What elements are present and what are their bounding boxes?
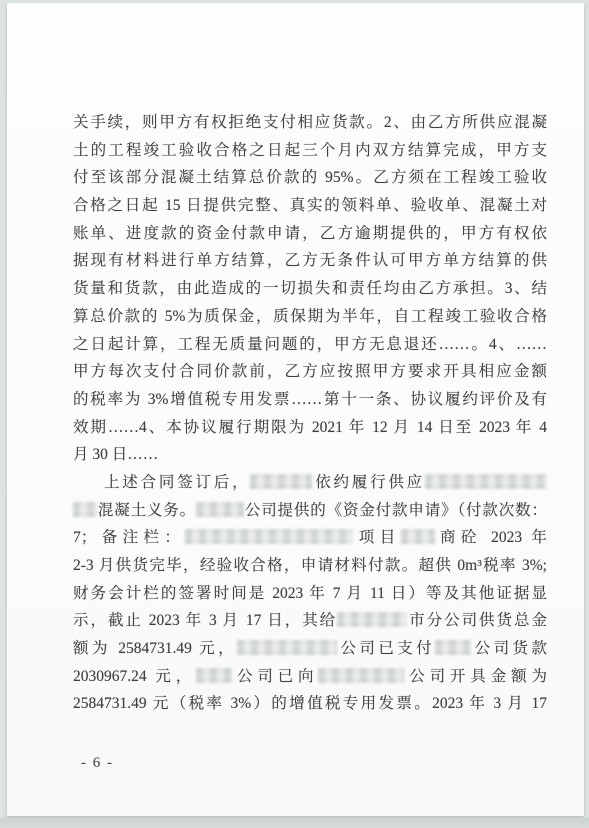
text-segment: 算总价款的 5%为质保金，质保期为半年，自工程竣工验收合格 bbox=[73, 308, 547, 325]
page-number: - 6 - bbox=[81, 755, 114, 772]
text-line: 关手续，则甲方有权拒绝支付相应货款。2、由乙方所供应混凝 bbox=[73, 109, 547, 137]
text-line: 付至该部分混凝土结算总价款的 95%。乙方须在工程竣工验收 bbox=[73, 164, 547, 192]
text-segment: 公司货款 bbox=[471, 640, 547, 657]
text-line: 7；备注栏：项目商砼 2023 年 bbox=[73, 524, 547, 552]
redacted-text bbox=[318, 668, 404, 683]
redacted-text bbox=[185, 529, 353, 544]
text-segment: 2584731.49 元（税率 3%）的增值税专用发票。2023 年 3 月 1… bbox=[73, 695, 547, 712]
text-segment: 市分公司供货总金 bbox=[407, 612, 547, 629]
text-line: 效期……4、本协议履行期限为 2021 年 12 月 14 日至 2023 年 … bbox=[73, 414, 547, 442]
text-segment: 额为 2584731.49 元， bbox=[73, 640, 237, 657]
text-segment: 付至该部分混凝土结算总价款的 95%。乙方须在工程竣工验收 bbox=[73, 169, 547, 186]
text-segment: 公司已向 bbox=[232, 668, 318, 685]
text-line: 算总价款的 5%为质保金，质保期为半年，自工程竣工验收合格 bbox=[73, 303, 547, 331]
text-line: 上述合同签订后，依约履行供应 bbox=[73, 469, 547, 497]
text-segment: 甲方每次支付合同价款前，乙方应按照甲方要求开具相应金额 bbox=[73, 363, 547, 380]
text-line: 2584731.49 元（税率 3%）的增值税专用发票。2023 年 3 月 1… bbox=[73, 690, 547, 718]
text-line: 财务会计栏的签署时间是 2023 年 7 月 11 日）等及其他证据显 bbox=[73, 580, 547, 608]
text-segment: 合格之日起 15 日提供完整、真实的领料单、验收单、混凝土对 bbox=[73, 197, 547, 214]
text-segment: 据现有材料进行单方结算，乙方无条件认可甲方单方结算的供 bbox=[73, 252, 547, 269]
text-line: 的税率为 3%增值税专用发票……第十一条、协议履约评价及有 bbox=[73, 386, 547, 414]
text-line: 合格之日起 15 日提供完整、真实的领料单、验收单、混凝土对 bbox=[73, 192, 547, 220]
text-segment: 公司已支付 bbox=[337, 640, 435, 657]
text-line: 混凝土义务。公司提供的《资金付款申请》（付款次数： bbox=[73, 497, 547, 525]
text-segment: 月 30 日…… bbox=[73, 446, 158, 463]
redacted-text bbox=[337, 612, 407, 627]
text-segment: 之日起计算，工程无质量问题的，甲方无息退还……。4、…… bbox=[73, 336, 547, 353]
text-line: 土的工程竣工验收合格之日起三个月内双方结算完成，甲方支 bbox=[73, 137, 547, 165]
text-line: 示，截止 2023 年 3 月 17 日，其给市分公司供货总金 bbox=[73, 607, 547, 635]
text-line: 月 30 日…… bbox=[73, 441, 547, 469]
text-segment: 依约履行供应 bbox=[312, 474, 425, 491]
text-line: 甲方每次支付合同价款前，乙方应按照甲方要求开具相应金额 bbox=[73, 358, 547, 386]
scan-edge-right bbox=[584, 0, 589, 818]
text-line: 2-3 月供货完毕，经验收合格，申请材料付款。超供 0m³税率 3%; bbox=[73, 552, 547, 580]
text-segment: 混凝土义务。 bbox=[97, 502, 196, 519]
redacted-text bbox=[237, 640, 337, 655]
scanned-page-photo: 关手续，则甲方有权拒绝支付相应货款。2、由乙方所供应混凝土的工程竣工验收合格之日… bbox=[0, 0, 589, 828]
text-segment: 2030967.24 元， bbox=[73, 668, 196, 685]
text-segment: 货量和货款，由此造成的一切损失和责任均由乙方承担。3、结 bbox=[73, 280, 547, 297]
text-segment: 财务会计栏的签署时间是 2023 年 7 月 11 日）等及其他证据显 bbox=[73, 585, 547, 602]
scan-edge-bottom bbox=[0, 818, 589, 828]
text-line: 货量和货款，由此造成的一切损失和责任均由乙方承担。3、结 bbox=[73, 275, 547, 303]
redacted-text bbox=[196, 502, 244, 517]
text-line: 账单、进度款的资金付款申请，乙方逾期提供的，甲方有权依 bbox=[73, 220, 547, 248]
redacted-text bbox=[73, 502, 97, 517]
text-segment: 上述合同签订后， bbox=[104, 474, 250, 491]
text-segment: 效期……4、本协议履行期限为 2021 年 12 月 14 日至 2023 年 … bbox=[73, 419, 547, 436]
redacted-text bbox=[435, 640, 471, 655]
text-segment: 的税率为 3%增值税专用发票……第十一条、协议履约评价及有 bbox=[73, 391, 547, 408]
text-line: 之日起计算，工程无质量问题的，甲方无息退还……。4、…… bbox=[73, 331, 547, 359]
redacted-text bbox=[401, 529, 435, 544]
text-line: 据现有材料进行单方结算，乙方无条件认可甲方单方结算的供 bbox=[73, 247, 547, 275]
text-segment: 商砼 2023 年 bbox=[435, 529, 547, 546]
redacted-text bbox=[196, 668, 232, 683]
document-page: 关手续，则甲方有权拒绝支付相应货款。2、由乙方所供应混凝土的工程竣工验收合格之日… bbox=[7, 3, 584, 816]
redacted-text bbox=[425, 474, 547, 489]
redacted-text bbox=[250, 474, 312, 489]
text-segment: 账单、进度款的资金付款申请，乙方逾期提供的，甲方有权依 bbox=[73, 225, 547, 242]
text-segment: 2-3 月供货完毕，经验收合格，申请材料付款。超供 0m³税率 3%; bbox=[73, 557, 547, 574]
text-segment: 7；备注栏： bbox=[73, 529, 185, 546]
text-line: 额为 2584731.49 元，公司已支付公司货款 bbox=[73, 635, 547, 663]
text-block: 关手续，则甲方有权拒绝支付相应货款。2、由乙方所供应混凝土的工程竣工验收合格之日… bbox=[73, 109, 547, 718]
text-segment: 关手续，则甲方有权拒绝支付相应货款。2、由乙方所供应混凝 bbox=[73, 114, 547, 131]
text-segment: 示，截止 2023 年 3 月 17 日，其给 bbox=[73, 612, 337, 629]
text-segment: 项目 bbox=[353, 529, 400, 546]
text-segment: 公司提供的《资金付款申请》（付款次数： bbox=[244, 502, 547, 519]
text-segment: 公司开具金额为 bbox=[404, 668, 547, 685]
text-line: 2030967.24 元，公司已向公司开具金额为 bbox=[73, 663, 547, 691]
text-segment: 土的工程竣工验收合格之日起三个月内双方结算完成，甲方支 bbox=[73, 142, 547, 159]
